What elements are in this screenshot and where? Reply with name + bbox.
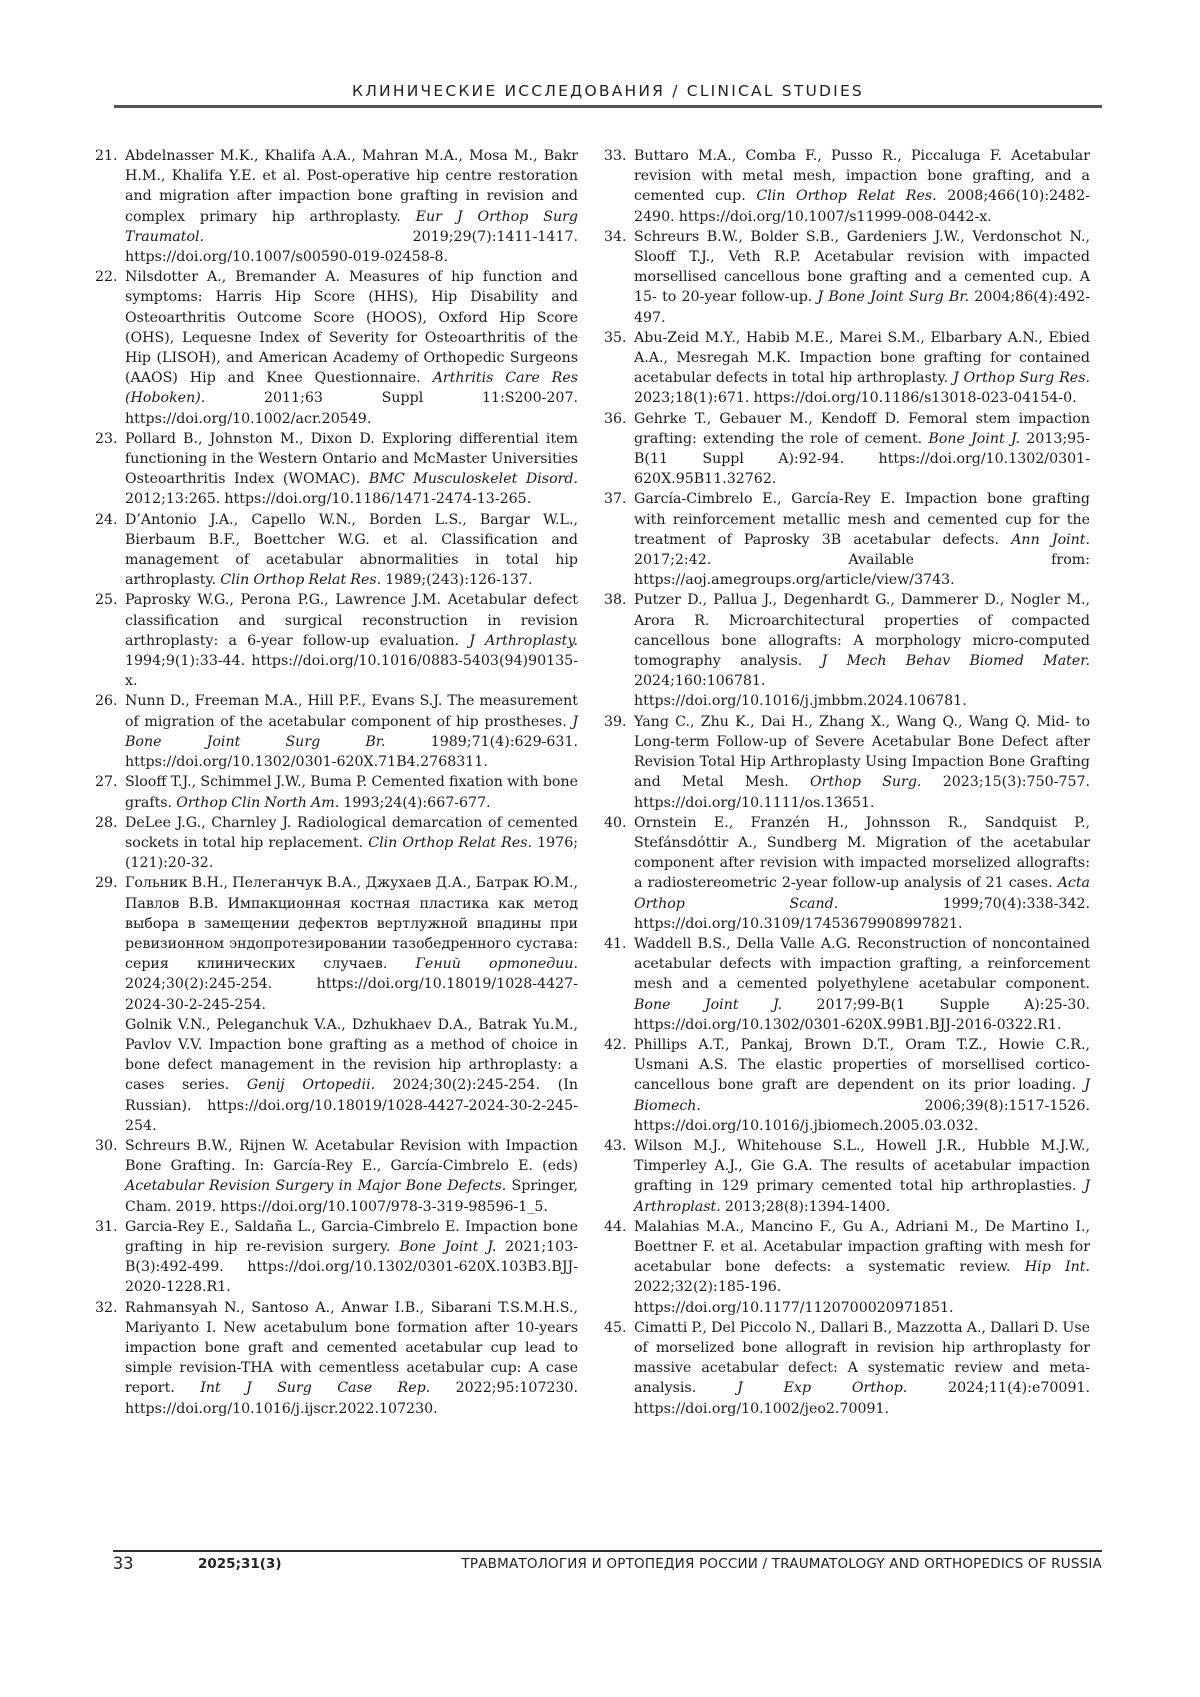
reference-text: Yang C., Zhu K., Dai H., Zhang X., Wang … <box>634 714 1090 811</box>
reference-item: 26.Nunn D., Freeman M.A., Hill P.F., Eva… <box>95 691 578 772</box>
reference-item: 29.Гольник В.Н., Пелеганчук В.А., Джухае… <box>95 873 578 1136</box>
reference-text: Pollard B., Johnston M., Dixon D. Explor… <box>125 431 578 508</box>
reference-number: 41. <box>604 934 627 954</box>
reference-item: 43.Wilson M.J., Whitehouse S.L., Howell … <box>604 1136 1090 1217</box>
reference-item: 40.Ornstein E., Franzén H., Johnsson R.,… <box>604 813 1090 934</box>
citation-post: 2017;2:42. Available from: https://aoj.a… <box>634 552 1090 588</box>
reference-text: Garcia-Rey E., Saldaña L., Garcia-Cimbre… <box>125 1219 578 1296</box>
reference-number: 37. <box>604 489 627 509</box>
reference-item: 24.D’Antonio J.A., Capello W.N., Borden … <box>95 510 578 591</box>
reference-number: 22. <box>95 267 118 287</box>
reference-text: Putzer D., Pallua J., Degenhardt G., Dam… <box>634 592 1090 709</box>
reference-item: 22.Nilsdotter A., Bremander A. Measures … <box>95 267 578 429</box>
reference-number: 43. <box>604 1136 627 1156</box>
citation-post: 1994;9(1):33-44. https://doi.org/10.1016… <box>125 653 578 689</box>
reference-text: Ornstein E., Franzén H., Johnsson R., Sa… <box>634 815 1090 932</box>
journal-name: Ann Joint. <box>1011 532 1090 548</box>
reference-number: 21. <box>95 146 118 166</box>
citation-post: 2024;30(2):245-254. https://doi.org/10.1… <box>125 976 578 1012</box>
citation-pre: Schreurs B.W., Rijnen W. Acetabular Revi… <box>125 1138 578 1174</box>
reference-text: Waddell B.S., Della Valle A.G. Reconstru… <box>634 936 1090 1033</box>
reference-text: Paprosky W.G., Perona P.G., Lawrence J.M… <box>125 592 578 689</box>
reference-text: Abu-Zeid M.Y., Habib M.E., Marei S.M., E… <box>634 330 1090 407</box>
reference-number: 26. <box>95 691 118 711</box>
header-divider <box>114 105 1102 108</box>
reference-text: Гольник В.Н., Пелеганчук В.А., Джухаев Д… <box>125 875 578 1012</box>
citation-pre: Waddell B.S., Della Valle A.G. Reconstru… <box>634 936 1090 992</box>
reference-item: 44.Malahias M.A., Mancino F., Gu A., Adr… <box>604 1217 1090 1318</box>
journal-name: Hip Int. <box>1025 1259 1090 1275</box>
citation-post: 2013;28(8):1394-1400. <box>721 1199 890 1215</box>
reference-text: Nilsdotter A., Bremander A. Measures of … <box>125 269 578 426</box>
reference-text: Phillips A.T., Pankaj, Brown D.T., Oram … <box>634 1037 1090 1134</box>
journal-name: Bone Joint J. <box>928 431 1020 447</box>
reference-number: 34. <box>604 227 627 247</box>
citation-pre: Malahias M.A., Mancino F., Gu A., Adrian… <box>634 1219 1090 1275</box>
issue-label: 2025;31(3) <box>198 1556 282 1572</box>
reference-item: 32.Rahmansyah N., Santoso A., Anwar I.B.… <box>95 1298 578 1419</box>
references-right-column: 33.Buttaro M.A., Comba F., Pusso R., Pic… <box>604 146 1090 1419</box>
reference-number: 24. <box>95 510 118 530</box>
reference-item: 30.Schreurs B.W., Rijnen W. Acetabular R… <box>95 1136 578 1217</box>
journal-name: Гений ортопедии. <box>416 956 578 972</box>
reference-text: Schreurs B.W., Rijnen W. Acetabular Revi… <box>125 1138 578 1215</box>
citation-post: 1993;24(4):667-677. <box>339 795 490 811</box>
reference-item: 37.García-Cimbrelo E., García-Rey E. Imp… <box>604 489 1090 590</box>
page-footer: 33 2025;31(3) ТРАВМАТОЛОГИЯ И ОРТОПЕДИЯ … <box>113 1556 1102 1578</box>
reference-number: 31. <box>95 1217 118 1237</box>
reference-item: 33.Buttaro M.A., Comba F., Pusso R., Pic… <box>604 146 1090 227</box>
reference-number: 40. <box>604 813 627 833</box>
journal-name: Acetabular Revision Surgery in Major Bon… <box>125 1178 506 1194</box>
reference-item: 31.Garcia-Rey E., Saldaña L., Garcia-Cim… <box>95 1217 578 1298</box>
reference-number: 44. <box>604 1217 627 1237</box>
citation-pre: Wilson M.J., Whitehouse S.L., Howell J.R… <box>634 1138 1090 1194</box>
running-section-title: КЛИНИЧЕСКИЕ ИССЛЕДОВАНИЯ / CLINICAL STUD… <box>114 82 1102 100</box>
reference-number: 42. <box>604 1035 627 1055</box>
reference-list: 21.Abdelnasser M.K., Khalifa A.A., Mahra… <box>95 146 578 1419</box>
reference-number: 32. <box>95 1298 118 1318</box>
reference-translation: Golnik V.N., Peleganchuk V.A., Dzhukhaev… <box>125 1015 578 1136</box>
reference-item: 27.Slooff T.J., Schimmel J.W., Buma P. C… <box>95 772 578 812</box>
reference-item: 21.Abdelnasser M.K., Khalifa A.A., Mahra… <box>95 146 578 267</box>
reference-text: Slooff T.J., Schimmel J.W., Buma P. Ceme… <box>125 774 578 810</box>
reference-item: 38.Putzer D., Pallua J., Degenhardt G., … <box>604 590 1090 711</box>
reference-text: D’Antonio J.A., Capello W.N., Borden L.S… <box>125 512 578 589</box>
citation-pre: Nunn D., Freeman M.A., Hill P.F., Evans … <box>125 693 578 729</box>
reference-number: 33. <box>604 146 627 166</box>
reference-text: Malahias M.A., Mancino F., Gu A., Adrian… <box>634 1219 1090 1316</box>
reference-number: 39. <box>604 712 627 732</box>
journal-name: Clin Orthop Relat Res. <box>220 572 381 588</box>
reference-number: 45. <box>604 1318 627 1338</box>
reference-text: Rahmansyah N., Santoso A., Anwar I.B., S… <box>125 1300 578 1417</box>
reference-number: 35. <box>604 328 627 348</box>
reference-item: 42.Phillips A.T., Pankaj, Brown D.T., Or… <box>604 1035 1090 1136</box>
citation-pre: Phillips A.T., Pankaj, Brown D.T., Oram … <box>634 1037 1090 1093</box>
reference-item: 41.Waddell B.S., Della Valle A.G. Recons… <box>604 934 1090 1035</box>
journal-name: BMC Musculoskelet Disord. <box>369 471 578 487</box>
reference-number: 27. <box>95 772 118 792</box>
journal-name: J Orthop Surg Res. <box>953 370 1090 386</box>
reference-number: 30. <box>95 1136 118 1156</box>
references-left-column: 21.Abdelnasser M.K., Khalifa A.A., Mahra… <box>95 146 578 1419</box>
reference-text: Wilson M.J., Whitehouse S.L., Howell J.R… <box>634 1138 1090 1215</box>
journal-name: Clin Orthop Relat Res. <box>368 835 532 851</box>
reference-text: Gehrke T., Gebauer M., Kendoff D. Femora… <box>634 411 1090 488</box>
journal-name: J Bone Joint Surg Br. <box>818 289 970 305</box>
page-number: 33 <box>113 1554 133 1574</box>
journal-name: Genij Ortopedii. <box>247 1077 375 1093</box>
reference-text: Buttaro M.A., Comba F., Pusso R., Piccal… <box>634 148 1090 225</box>
journal-title: ТРАВМАТОЛОГИЯ И ОРТОПЕДИЯ РОССИИ / TRAUM… <box>461 1556 1102 1572</box>
citation-post: 2012;13:265. https://doi.org/10.1186/147… <box>125 491 531 507</box>
reference-item: 34.Schreurs B.W., Bolder S.B., Gardenier… <box>604 227 1090 328</box>
reference-list: 33.Buttaro M.A., Comba F., Pusso R., Pic… <box>604 146 1090 1419</box>
reference-number: 29. <box>95 873 118 893</box>
reference-text: Nunn D., Freeman M.A., Hill P.F., Evans … <box>125 693 578 770</box>
journal-name: J Exp Orthop. <box>737 1380 907 1396</box>
reference-item: 28.DeLee J.G., Charnley J. Radiological … <box>95 813 578 874</box>
reference-item: 36.Gehrke T., Gebauer M., Kendoff D. Fem… <box>604 409 1090 490</box>
reference-number: 38. <box>604 590 627 610</box>
reference-text: DeLee J.G., Charnley J. Radiological dem… <box>125 815 578 871</box>
citation-post: 2024;160:106781. https://doi.org/10.1016… <box>634 673 967 709</box>
journal-name: Orthop Surg. <box>810 774 921 790</box>
reference-text: Cimatti P., Del Piccolo N., Dallari B., … <box>634 1320 1090 1417</box>
reference-item: 45.Cimatti P., Del Piccolo N., Dallari B… <box>604 1318 1090 1419</box>
citation-pre: Nilsdotter A., Bremander A. Measures of … <box>125 269 578 386</box>
journal-name: Bone Joint J. <box>634 997 782 1013</box>
reference-text: Abdelnasser M.K., Khalifa A.A., Mahran M… <box>125 148 578 265</box>
reference-item: 25.Paprosky W.G., Perona P.G., Lawrence … <box>95 590 578 691</box>
reference-number: 36. <box>604 409 627 429</box>
citation-post: 1989;(243):126-137. <box>381 572 532 588</box>
reference-text: Schreurs B.W., Bolder S.B., Gardeniers J… <box>634 229 1090 326</box>
footer-divider <box>113 1550 1102 1552</box>
citation-post: 2006;39(8):1517-1526. https://doi.org/10… <box>634 1098 1090 1134</box>
reference-item: 39.Yang C., Zhu K., Dai H., Zhang X., Wa… <box>604 712 1090 813</box>
journal-name: Clin Orthop Relat Res. <box>756 188 936 204</box>
journal-name: J Arthroplasty. <box>469 633 578 649</box>
citation-post: 2022;32(2):185-196. https://doi.org/10.1… <box>634 1279 953 1315</box>
reference-item: 35.Abu-Zeid M.Y., Habib M.E., Marei S.M.… <box>604 328 1090 409</box>
journal-name: J Mech Behav Biomed Mater. <box>822 653 1090 669</box>
citation-post: 2023;18(1):671. https://doi.org/10.1186/… <box>634 390 1077 406</box>
journal-name: Int J Surg Case Rep. <box>200 1380 430 1396</box>
citation-pre: Ornstein E., Franzén H., Johnsson R., Sa… <box>634 815 1090 892</box>
reference-number: 28. <box>95 813 118 833</box>
reference-number: 25. <box>95 590 118 610</box>
reference-text: García-Cimbrelo E., García-Rey E. Impact… <box>634 491 1090 588</box>
journal-name: Orthop Clin North Am. <box>176 795 339 811</box>
journal-name: Bone Joint J. <box>399 1239 496 1255</box>
reference-item: 23.Pollard B., Johnston M., Dixon D. Exp… <box>95 429 578 510</box>
reference-number: 23. <box>95 429 118 449</box>
